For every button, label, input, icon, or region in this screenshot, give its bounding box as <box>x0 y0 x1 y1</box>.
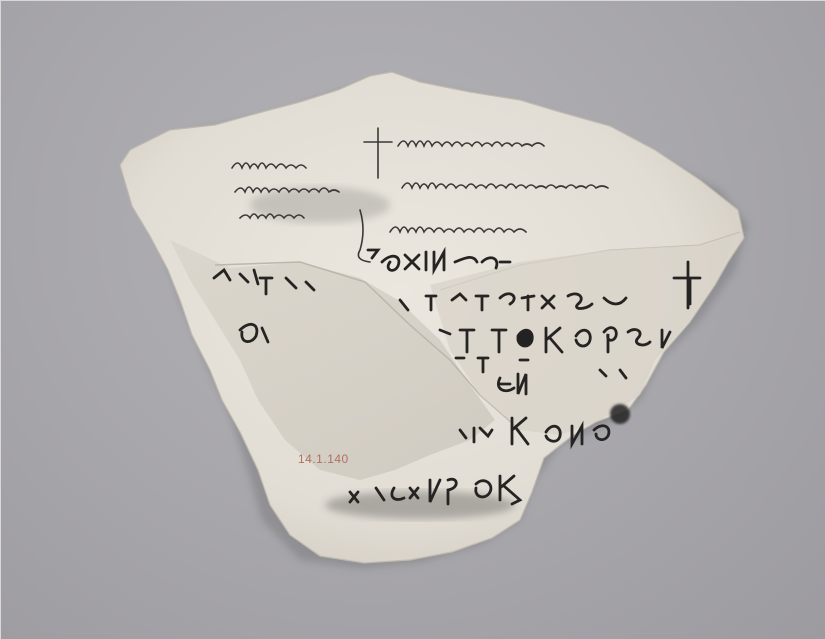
accession-number-label: 14.1.140 <box>298 452 349 466</box>
ostracon-fragment <box>0 0 825 639</box>
ink-blot <box>610 404 630 424</box>
ink-smudge-upper <box>250 187 390 223</box>
